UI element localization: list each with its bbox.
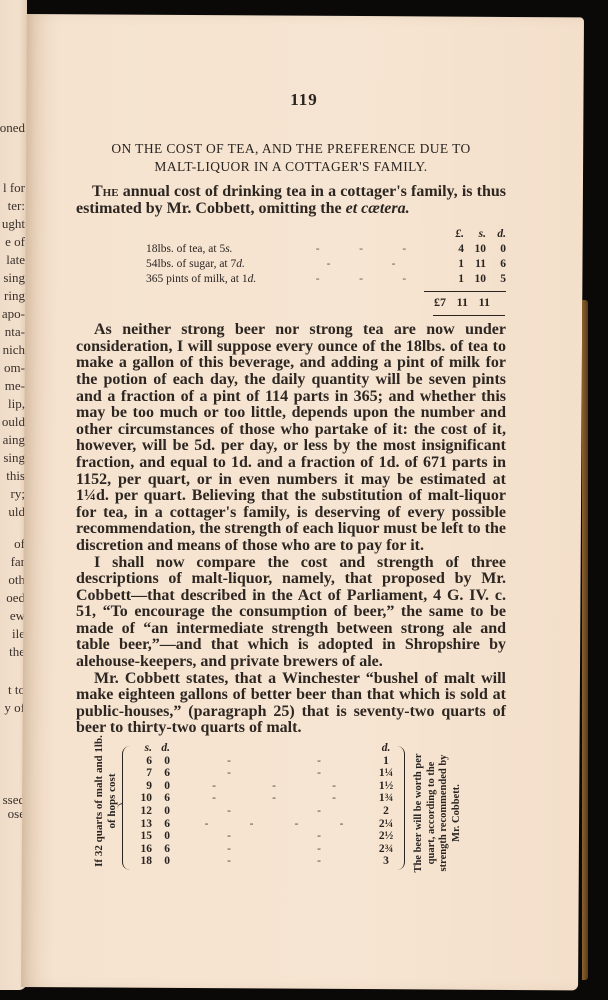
beer-worth-table: If 32 quarts of malt and 1lb. of hops co…	[84, 742, 464, 874]
heading-line-2: Malt-Liquor in a Cottager's Family.	[76, 158, 506, 176]
cost-label-text: 18lbs. of tea, at 5	[146, 243, 225, 255]
shillings: 6	[134, 755, 152, 768]
cost-label-unit: d.	[248, 273, 257, 285]
worth-column: d.11¼1½1¾22¼2½2¾3	[374, 742, 398, 868]
dash-row: --	[184, 805, 364, 818]
worth-value: 3	[374, 855, 398, 868]
prev-page-fragment: ring	[4, 286, 25, 305]
prev-page-fragment: sing	[3, 448, 25, 467]
cost-row: 18lbs. of tea, at 5s.---4100	[146, 242, 506, 257]
dash: -	[317, 755, 321, 768]
prev-page-fragment: nich	[3, 340, 25, 359]
pence: 6	[152, 792, 170, 805]
dash: -	[402, 272, 406, 287]
right-caption: The beer will be worth per quart, accord…	[408, 742, 468, 874]
shillings: 13	[134, 818, 152, 831]
total-shillings: 11	[452, 295, 468, 310]
pounds-value: 1	[448, 272, 464, 287]
worth-value: 1¾	[374, 792, 398, 805]
intro-italic: et cætera.	[346, 200, 410, 217]
chapter-heading: On the Cost of Tea, and the Preference d…	[76, 140, 506, 176]
right-brace	[396, 746, 405, 870]
malt-cost-row: 76	[134, 767, 174, 780]
dash: -	[316, 272, 320, 287]
prev-page-fragment: ter:	[8, 196, 25, 215]
prev-page-fragment: nta-	[5, 322, 25, 341]
prev-page-fragment: ry;	[11, 484, 25, 503]
dash: -	[205, 818, 209, 831]
shillings: 7	[134, 767, 152, 780]
shillings: 10	[134, 792, 152, 805]
pence: 6	[152, 818, 170, 831]
dash: -	[272, 780, 276, 793]
prev-page-fragment: this	[6, 466, 25, 485]
header-pence: d.	[492, 227, 506, 242]
leader-dashes: ---	[296, 242, 426, 257]
dash: -	[272, 792, 276, 805]
leader-dashes: ----------------------	[184, 742, 364, 868]
shillings: 18	[134, 855, 152, 868]
malt-cost-column: s.d.607690106120136150166180	[134, 742, 174, 868]
shillings: 9	[134, 780, 152, 793]
prev-page-fragment: apo-	[2, 304, 25, 323]
prev-page-fragment: oned	[0, 118, 25, 137]
malt-cost-row: 150	[134, 830, 174, 843]
cost-row: 54lbs. of sugar, at 7d.--1116	[146, 257, 506, 272]
malt-cost-row: 120	[134, 805, 174, 818]
pence: 0	[152, 805, 170, 818]
worth-value: 1	[374, 755, 398, 768]
shillings-value: 10	[470, 272, 486, 287]
dash: -	[212, 792, 216, 805]
malt-cost-row: 60	[134, 755, 174, 768]
dash-row: --	[184, 843, 364, 856]
pence-value: 6	[492, 257, 506, 272]
cost-label-text: 365 pints of milk, at 1	[146, 273, 248, 285]
pence: 6	[152, 843, 170, 856]
dash: -	[316, 242, 320, 257]
worth-value: 2¾	[374, 843, 398, 856]
dash: -	[227, 767, 231, 780]
left-brace	[122, 746, 131, 870]
cost-values: 1105	[426, 272, 506, 287]
total-underline	[433, 315, 505, 316]
prev-page-fragment: aing	[3, 430, 25, 449]
dash-row: --	[184, 767, 364, 780]
pence: 6	[152, 767, 170, 780]
malt-cost-row: 180	[134, 855, 174, 868]
paragraph-compare-liquors: I shall now compare the cost and strengt…	[76, 555, 506, 671]
dash: -	[359, 242, 363, 257]
prev-page-fragment: late	[6, 250, 25, 269]
cost-label-unit: d.	[236, 258, 245, 270]
malt-cost-row: 136	[134, 818, 174, 831]
dash: -	[295, 818, 299, 831]
worth-value: 1½	[374, 780, 398, 793]
dash: -	[317, 830, 321, 843]
dash-row: --	[184, 830, 364, 843]
worth-value: 1¼	[374, 767, 398, 780]
header-pounds: £.	[448, 227, 464, 242]
dash: -	[402, 242, 406, 257]
cost-label-text: 54lbs. of sugar, at 7	[146, 258, 236, 270]
worth-value: 2	[374, 805, 398, 818]
malt-cost-row: 106	[134, 792, 174, 805]
dash: -	[332, 792, 336, 805]
paragraph-cobbett: Mr. Cobbett states, that a Winchester “b…	[76, 671, 506, 737]
leader-dashes: ---	[296, 272, 426, 287]
malt-cost-row: 166	[134, 843, 174, 856]
leader-dashes: --	[296, 257, 426, 272]
pence: 0	[152, 830, 170, 843]
heading-line-1: On the Cost of Tea, and the Preference d…	[76, 140, 506, 158]
dash: -	[227, 843, 231, 856]
page-content: On the Cost of Tea, and the Preference d…	[76, 140, 506, 737]
pence: 0	[152, 755, 170, 768]
header-shillings: s.	[470, 227, 486, 242]
dash-row: ----	[184, 818, 364, 831]
shillings: 16	[134, 843, 152, 856]
cost-label: 365 pints of milk, at 1d.	[146, 272, 296, 287]
intro-paragraph: The annual cost of drinking tea in a cot…	[76, 184, 506, 217]
page-edge-shadow	[582, 300, 588, 980]
page-number: 119	[0, 90, 608, 110]
tea-cost-table: £. s. d. 18lbs. of tea, at 5s.---410054l…	[146, 227, 506, 316]
cost-total: £7 11 11	[424, 292, 506, 310]
total-pounds: £7	[424, 295, 446, 310]
cost-label: 54lbs. of sugar, at 7d.	[146, 257, 296, 272]
dash: -	[227, 805, 231, 818]
dash: -	[332, 780, 336, 793]
dash: -	[317, 805, 321, 818]
pence-value: 5	[492, 272, 506, 287]
prev-page-fragment: oed	[6, 588, 25, 607]
dash: -	[317, 843, 321, 856]
paragraph-tea-strength: As neither strong beer nor strong tea ar…	[76, 322, 506, 554]
cost-label-unit: s.	[225, 243, 232, 255]
dash: -	[327, 257, 331, 272]
prev-page-fragment: lip,	[8, 394, 25, 413]
pence-value: 0	[492, 242, 506, 257]
cost-values: 4100	[426, 242, 506, 257]
pounds-value: 1	[448, 257, 464, 272]
dash-row: ---	[184, 792, 364, 805]
dash-row: --	[184, 755, 364, 768]
worth-header: d.	[374, 742, 398, 755]
dash: -	[227, 830, 231, 843]
pence: 0	[152, 780, 170, 793]
shillings: 12	[134, 805, 152, 818]
cost-label: 18lbs. of tea, at 5s.	[146, 242, 296, 257]
cost-values: 1116	[426, 257, 506, 272]
dash: -	[212, 780, 216, 793]
cost-table-header: £. s. d.	[146, 227, 506, 242]
intro-text: annual cost of drinking tea in a cottage…	[76, 183, 506, 217]
dash: -	[340, 818, 344, 831]
shillings-value: 10	[470, 242, 486, 257]
dash: -	[317, 855, 321, 868]
shillings: 15	[134, 830, 152, 843]
dash: -	[359, 272, 363, 287]
intro-lead: The	[92, 183, 119, 200]
prev-page-fragment: ould	[2, 412, 25, 431]
dash-row: --	[184, 855, 364, 868]
prev-page-fragment: ught	[2, 214, 25, 233]
prev-page-fragment: om-	[4, 358, 25, 377]
dash: -	[227, 755, 231, 768]
dash: -	[250, 818, 254, 831]
pence: 0	[152, 855, 170, 868]
prev-page-fragment: sing	[3, 268, 25, 287]
prev-page-fragment: l for	[3, 178, 25, 197]
total-pence: 11	[474, 295, 490, 310]
worth-value: 2¼	[374, 818, 398, 831]
prev-page-fragment: uld	[8, 502, 25, 521]
shillings-value: 11	[470, 257, 486, 272]
prev-page-fragment: e of	[5, 232, 25, 251]
cost-row: 365 pints of milk, at 1d.---1105	[146, 272, 506, 287]
malt-cost-row: 90	[134, 780, 174, 793]
prev-page-fragment: me-	[5, 376, 25, 395]
header-shillings: s.	[134, 742, 152, 755]
dash: -	[317, 767, 321, 780]
dash: -	[227, 855, 231, 868]
dash: -	[392, 257, 396, 272]
pounds-value: 4	[448, 242, 464, 257]
header-pence: d.	[152, 742, 170, 755]
dash-row: ---	[184, 780, 364, 793]
worth-value: 2½	[374, 830, 398, 843]
